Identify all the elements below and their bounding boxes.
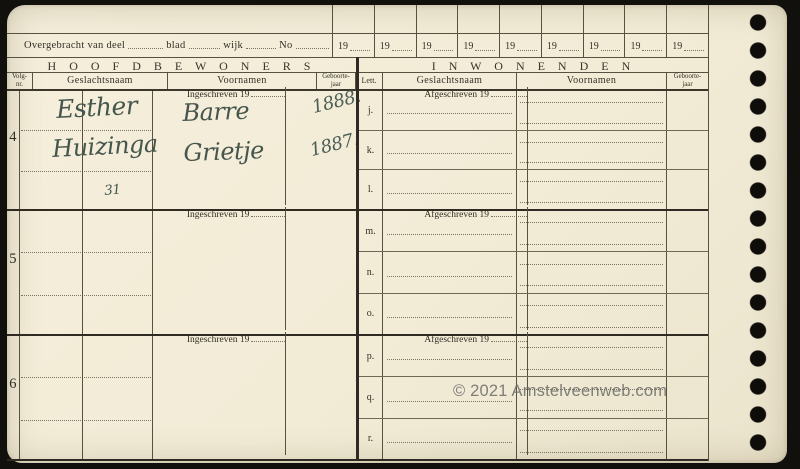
voornamen-cell [517, 294, 667, 334]
year-cell: 19 [416, 33, 458, 57]
register-card: Overgebracht van deel blad wijk No 19 19… [7, 5, 787, 463]
header-geboortejaar-line2: jaar [322, 81, 350, 89]
inwonenden-band-2: m. n. o. [359, 211, 708, 334]
ingeschreven-text: Ingeschreven 19 [187, 90, 250, 100]
handwritten-birthyear-2: 1887. [308, 129, 361, 161]
voornamen-cell [83, 211, 153, 334]
transfer-row: Overgebracht van deel blad wijk No [7, 33, 332, 57]
inwonenden-band-1: j. k. l. [359, 91, 708, 209]
inwonenden-row-p: p. [359, 336, 708, 376]
binder-holes [749, 14, 767, 452]
dotted-leader [251, 207, 285, 217]
transfer-label-wijk: wijk [223, 40, 243, 51]
dotted-leader [434, 41, 454, 51]
hoofdbewoners-row-5: 5 Ingeschreven 19 Afgeschreven 19 [7, 211, 356, 334]
voornamen-cell [517, 131, 667, 170]
top-strip-cell [541, 5, 583, 33]
ingeschreven-label: Ingeschreven 19 [187, 207, 287, 330]
geslachtsnaam-cell [383, 131, 517, 170]
year-prefix: 19 [422, 41, 432, 52]
voornamen-cell [517, 252, 667, 292]
inwonenden-row-j: j. [359, 91, 708, 130]
volgnr-cell: 4 [7, 91, 20, 209]
ingeschreven-text: Ingeschreven 19 [187, 335, 250, 345]
hoofdbewoners-title: H O O F D B E W O N E R S [7, 59, 356, 72]
dotted-leader [246, 39, 276, 49]
geslachtsnaam-cell [20, 211, 83, 334]
header-lett: Lett. [356, 72, 383, 89]
handwritten-surname-1: Esther [55, 91, 137, 124]
scan-background: Overgebracht van deel blad wijk No 19 19… [0, 0, 800, 469]
year-cell: 19 [332, 33, 374, 57]
geboortejaar-cell [667, 294, 708, 334]
hoofdbewoners-row-6: 6 Ingeschreven 19 Afgeschreven 19 [7, 336, 356, 459]
dotted-leader [517, 41, 537, 51]
geslachtsnaam-cell [383, 336, 517, 376]
geboortejaar-cell [667, 252, 708, 292]
dotted-leader [559, 41, 579, 51]
letter-cell: l. [359, 170, 383, 209]
ingeschreven-label: Ingeschreven 19 [187, 87, 287, 205]
letter-cell: o. [359, 294, 383, 334]
letter-cell: p. [359, 336, 383, 376]
letter-cell: q. [359, 377, 383, 417]
voornamen-cell [517, 419, 667, 459]
letter-cell: m. [359, 211, 383, 251]
top-strip-cell [624, 5, 666, 33]
letter-cell: r. [359, 419, 383, 459]
geslachtsnaam-cell [383, 294, 517, 334]
dotted-leader [392, 41, 412, 51]
dotted-leader [128, 39, 163, 49]
geboortejaar-cell [667, 336, 708, 376]
top-strip-cell [457, 5, 499, 33]
dotted-leader [475, 41, 495, 51]
year-prefix: 19 [547, 41, 557, 52]
transfer-label-blad: blad [166, 40, 185, 51]
handwritten-ingeschreven-year: 31 [104, 182, 122, 199]
top-strip-cell [499, 5, 541, 33]
letter-cell: j. [359, 91, 383, 130]
year-prefix: 19 [589, 41, 599, 52]
inwonenden-row-r: r. [359, 418, 708, 459]
year-cell: 19 [666, 33, 708, 57]
header-geslachtsnaam-left: Geslachtsnaam [33, 72, 168, 89]
voornamen-cell [83, 336, 153, 459]
dotted-leader [350, 41, 370, 51]
inwonenden-row-n: n. [359, 251, 708, 292]
header-voornamen-right: Voornamen [517, 72, 667, 89]
dotted-leader [251, 87, 285, 97]
year-cell: 19 [457, 33, 499, 57]
inwonenden-row-l: l. [359, 169, 708, 209]
header-volgnr-line2: nr. [12, 81, 27, 89]
transfer-label-no: No [279, 40, 292, 51]
geboortejaar-cell [667, 419, 708, 459]
dotted-leader [296, 39, 329, 49]
transfer-label-deel: Overgebracht van deel [24, 40, 125, 51]
header-volgnr-line1: Volg- [12, 73, 27, 81]
year-prefix: 19 [505, 41, 515, 52]
hoofdbewoners-row-4: 4 Esther Barre 1888. Huizinga Grietje 18… [7, 91, 356, 209]
geboortejaar-cell [667, 170, 708, 209]
inwonenden-row-m: m. [359, 211, 708, 251]
header-geboortejaar-line1: Geboorte- [674, 73, 702, 81]
year-cells-row: 19 19 19 19 19 19 19 19 19 [332, 33, 708, 57]
voornamen-cell [517, 91, 667, 130]
ingeschreven-label: Ingeschreven 19 [187, 332, 287, 455]
dotted-leader [642, 41, 662, 51]
geboortejaar-cell [667, 131, 708, 170]
watermark: © 2021 Amstelveenweb.com [453, 382, 667, 401]
header-volgnr: Volg-nr. [7, 72, 33, 89]
geslachtsnaam-cell [383, 211, 517, 251]
top-strip-cell [666, 5, 708, 33]
top-strip-cell [332, 5, 374, 33]
year-prefix: 19 [630, 41, 640, 52]
letter-cell: k. [359, 131, 383, 170]
year-prefix: 19 [672, 41, 682, 52]
top-strip-cell [416, 5, 458, 33]
row-number: 6 [9, 376, 16, 393]
year-prefix: 19 [380, 41, 390, 52]
top-strip [332, 5, 708, 33]
volgnr-cell: 5 [7, 211, 20, 334]
year-cell: 19 [374, 33, 416, 57]
voornamen-cell [517, 170, 667, 209]
row-number: 5 [9, 251, 16, 268]
geslachtsnaam-cell [383, 419, 517, 459]
inwonenden-row-k: k. [359, 130, 708, 170]
inwonenden-title: I N W O N E N D E N [359, 59, 708, 72]
year-prefix: 19 [338, 41, 348, 52]
year-prefix: 19 [463, 41, 473, 52]
table-separator [356, 57, 359, 461]
geslachtsnaam-cell [20, 336, 83, 459]
header-geboortejaar-right: Geboorte-jaar [667, 72, 708, 89]
geslachtsnaam-cell [383, 170, 517, 209]
header-geboortejaar-line1: Geboorte- [322, 73, 350, 81]
top-strip-cell [583, 5, 625, 33]
top-strip-cell [374, 5, 416, 33]
year-cell: 19 [541, 33, 583, 57]
geslachtsnaam-cell [383, 91, 517, 130]
year-cell: 19 [624, 33, 666, 57]
handwritten-birthyear-1: 1888. [310, 86, 363, 118]
handwritten-surname-2: Huizinga [52, 130, 159, 163]
geboortejaar-cell [667, 377, 708, 417]
voornamen-cell [517, 336, 667, 376]
year-cell: 19 [583, 33, 625, 57]
volgnr-cell: 6 [7, 336, 20, 459]
dotted-leader [251, 332, 285, 342]
dotted-leader [601, 41, 621, 51]
row-number: 4 [9, 129, 16, 146]
geboortejaar-cell [667, 91, 708, 130]
inwonenden-row-o: o. [359, 293, 708, 334]
year-cell: 19 [499, 33, 541, 57]
dotted-leader [189, 39, 221, 49]
geboortejaar-cell [667, 211, 708, 251]
ingeschreven-text: Ingeschreven 19 [187, 210, 250, 220]
voornamen-cell [517, 211, 667, 251]
letter-cell: n. [359, 252, 383, 292]
header-geboortejaar-line2: jaar [674, 81, 702, 89]
dotted-leader [684, 41, 704, 51]
geslachtsnaam-cell [383, 252, 517, 292]
right-table-edge [708, 5, 709, 461]
